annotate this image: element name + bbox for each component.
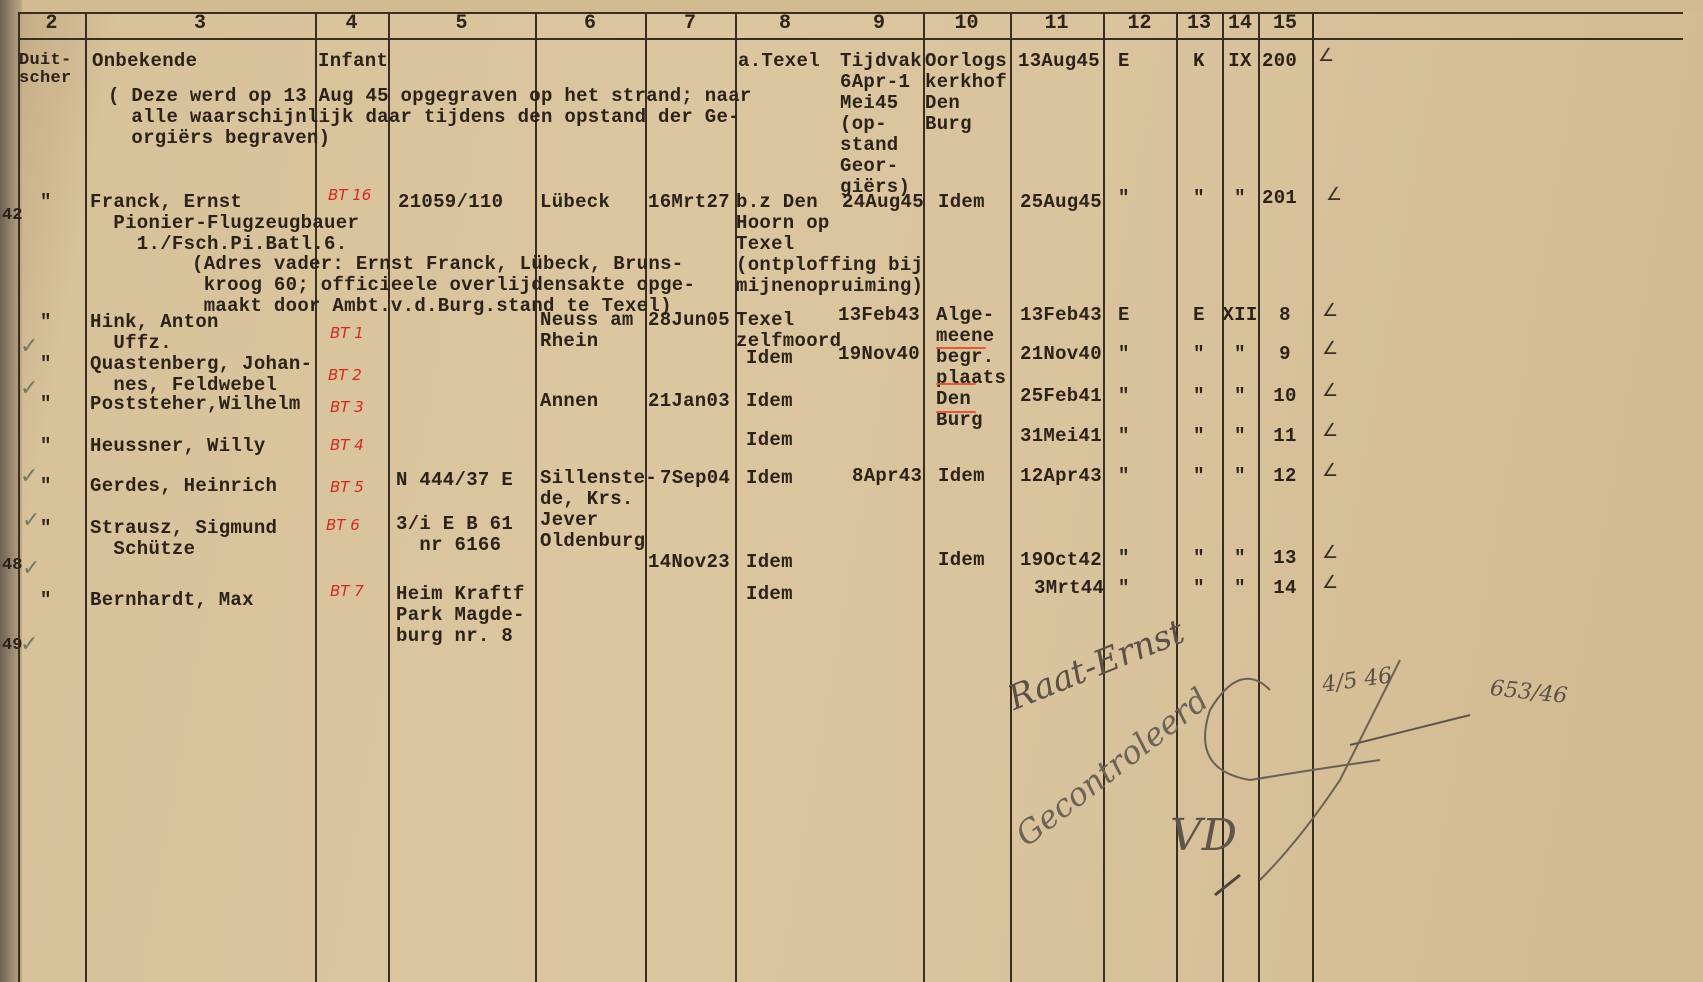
place-of-death: Idem xyxy=(746,391,793,412)
grave-number: 8 xyxy=(1258,305,1312,326)
col13-cell: K xyxy=(1176,51,1222,72)
tick-mark-icon: ∠ xyxy=(1322,420,1338,441)
grave-code: BT 6 xyxy=(326,516,360,534)
column-number: 5 xyxy=(388,12,535,35)
red-underline xyxy=(936,411,976,413)
grave-code: BT 4 xyxy=(330,436,364,454)
id-number: 3/i E B 61 nr 6166 xyxy=(396,514,513,556)
name-cell: Bernhardt, Max xyxy=(90,590,254,611)
nationality-cell: " xyxy=(40,436,52,457)
col-rule xyxy=(315,12,317,982)
birthplace: Neuss am Rhein xyxy=(540,310,634,352)
burial-date: 31Mei41 xyxy=(1020,426,1102,447)
col12-cell: " xyxy=(1118,386,1130,407)
column-number: 2 xyxy=(18,12,85,35)
column-number: 6 xyxy=(535,12,645,35)
col14-cell: " xyxy=(1222,344,1258,365)
grave-code: BT 16 xyxy=(328,186,371,204)
nationality-cell: " xyxy=(40,354,52,375)
name-cell: Quastenberg, Johan- nes, Feldwebel xyxy=(90,354,312,396)
check-mark-icon: ✓ xyxy=(20,632,38,657)
nationality-cell: " xyxy=(40,192,52,213)
date-of-death: 19Nov40 xyxy=(838,344,920,365)
burial-place: Idem xyxy=(938,192,985,213)
column-number: 11 xyxy=(1010,12,1103,35)
column-number: 9 xyxy=(835,12,923,35)
header-bottom-rule xyxy=(18,38,1683,40)
grave-number: 12 xyxy=(1258,466,1312,487)
grave-number: 201 xyxy=(1262,188,1297,209)
burial-date: 13Feb43 xyxy=(1020,305,1102,326)
col13-cell: " xyxy=(1176,188,1222,209)
tick-mark-icon: ∠ xyxy=(1322,460,1338,481)
birthplace: Sillenste- de, Krs. Jever Oldenburg xyxy=(540,468,657,552)
col12-cell: " xyxy=(1118,426,1130,447)
tick-mark-icon: ∠ xyxy=(1322,300,1338,321)
col14-cell: " xyxy=(1222,386,1258,407)
burial-date: 3Mrt44 xyxy=(1034,578,1104,599)
birth-date: 21Jan03 xyxy=(648,391,730,412)
grave-code: BT 7 xyxy=(330,582,364,600)
col13-cell: " xyxy=(1176,548,1222,569)
col14-cell: " xyxy=(1222,188,1258,209)
col14-cell: " xyxy=(1222,426,1258,447)
page-top-edge xyxy=(0,0,1703,12)
col12-cell: " xyxy=(1118,466,1130,487)
name-cell: Hink, Anton Uffz. xyxy=(90,312,219,354)
col14-cell: " xyxy=(1222,548,1258,569)
signature-strokes xyxy=(1100,620,1520,940)
col13-cell: " xyxy=(1176,578,1222,599)
date-of-death: 24Aug45 xyxy=(842,192,924,213)
col13-cell: " xyxy=(1176,466,1222,487)
col-rule xyxy=(535,12,537,982)
place-of-death: Idem xyxy=(746,348,793,369)
nationality-cell: " xyxy=(40,394,52,415)
grave-code: BT 2 xyxy=(328,366,362,384)
col12-cell: " xyxy=(1118,188,1130,209)
col14-cell: " xyxy=(1222,466,1258,487)
birthplace: Annen xyxy=(540,391,599,412)
place-of-death: Idem xyxy=(746,468,793,489)
col12-cell: " xyxy=(1118,578,1130,599)
burial-place: Idem xyxy=(938,550,985,571)
grave-number: 10 xyxy=(1258,386,1312,407)
id-number: N 444/37 E xyxy=(396,470,513,491)
col-rule xyxy=(388,12,390,982)
burial-place: Oorlogs kerkhof Den Burg xyxy=(925,51,1007,135)
birthplace: Lübeck xyxy=(540,192,610,213)
col-rule xyxy=(1010,12,1012,982)
check-mark-icon: ✓ xyxy=(20,334,38,359)
place-of-death: Texel zelfmoord xyxy=(736,310,841,352)
check-mark-icon: ✓ xyxy=(20,464,38,489)
date-of-death: 8Apr43 xyxy=(852,466,922,487)
column-number: 14 xyxy=(1222,12,1258,35)
date-of-death: Tijdvak 6Apr-1 Mei45 (op- stand Geor- gi… xyxy=(840,51,922,198)
tick-mark-icon: ∠ xyxy=(1318,45,1334,66)
birth-date: 16Mrt27 xyxy=(648,192,730,213)
id-number: 21059/110 xyxy=(398,192,503,213)
burial-date: 21Nov40 xyxy=(1020,344,1102,365)
burial-date: 25Feb41 xyxy=(1020,386,1102,407)
grave-number: 11 xyxy=(1258,426,1312,447)
nationality-cell: " xyxy=(40,518,52,539)
col12-cell: " xyxy=(1118,344,1130,365)
nationality-cell: " xyxy=(40,590,52,611)
nationality-cell: " xyxy=(40,312,52,333)
date-of-death: 13Feb43 xyxy=(838,305,920,326)
col13-cell: " xyxy=(1176,386,1222,407)
red-underline xyxy=(936,347,986,349)
grave-number: 14 xyxy=(1258,578,1312,599)
name-cell: Gerdes, Heinrich xyxy=(90,476,277,497)
birth-date: 14Nov23 xyxy=(648,552,730,573)
id-number: Heim Kraftf Park Magde- burg nr. 8 xyxy=(396,584,525,647)
burial-date: 13Aug45 xyxy=(1018,51,1100,72)
nationality-cell: " xyxy=(40,476,52,497)
burial-date: 25Aug45 xyxy=(1020,192,1102,213)
col-rule xyxy=(735,12,737,982)
col13-cell: E xyxy=(1176,305,1222,326)
place-of-death: a.Texel xyxy=(738,51,820,72)
register-sheet: 2 3 4 5 6 7 8 9 10 11 12 13 14 15 42 48 … xyxy=(0,0,1703,982)
birth-date: 7Sep04 xyxy=(660,468,730,489)
column-number: 15 xyxy=(1258,12,1312,35)
place-of-death: Idem xyxy=(746,430,793,451)
column-number: 4 xyxy=(315,12,388,35)
tick-mark-icon: ∠ xyxy=(1322,380,1338,401)
grave-number: 200 xyxy=(1262,51,1297,72)
col13-cell: " xyxy=(1176,344,1222,365)
remark-note: ( Deze werd op 13 Aug 45 opgegraven op h… xyxy=(108,86,752,149)
name-cell: Heussner, Willy xyxy=(90,436,266,457)
check-mark-icon: ✓ xyxy=(22,556,40,581)
margin-number: 48 xyxy=(2,556,22,575)
col12-cell: E xyxy=(1118,51,1130,72)
grave-code: BT 3 xyxy=(330,398,364,416)
col14-cell: " xyxy=(1222,578,1258,599)
burial-date: 19Oct42 xyxy=(1020,550,1102,571)
tick-mark-icon: ∠ xyxy=(1322,542,1338,563)
col14-cell: XII xyxy=(1222,305,1258,326)
tick-mark-icon: ∠ xyxy=(1322,338,1338,359)
name-cell: Onbekende xyxy=(92,51,197,72)
col-rule xyxy=(85,12,87,982)
col-rule xyxy=(923,12,925,982)
margin-number: 42 xyxy=(2,206,22,225)
check-mark-icon: ✓ xyxy=(20,376,38,401)
col13-cell: " xyxy=(1176,426,1222,447)
tick-mark-icon: ∠ xyxy=(1322,572,1338,593)
check-mark-icon: ✓ xyxy=(22,508,40,533)
col-rule xyxy=(18,12,20,982)
name-cell: Strausz, Sigmund Schütze xyxy=(90,518,277,560)
column-number: 10 xyxy=(923,12,1010,35)
col12-cell: E xyxy=(1118,305,1130,326)
column-number: 7 xyxy=(645,12,735,35)
grave-code: BT 5 xyxy=(330,478,364,496)
name-cell: Poststeher,Wilhelm xyxy=(90,394,301,415)
burial-date: 12Apr43 xyxy=(1020,466,1102,487)
col14-cell: IX xyxy=(1222,51,1258,72)
name-cell: Franck, Ernst Pionier-Flugzeugbauer 1./F… xyxy=(90,192,359,255)
grave-number: 13 xyxy=(1258,548,1312,569)
place-of-death: Idem xyxy=(746,584,793,605)
burial-place: Idem xyxy=(938,466,985,487)
red-underline xyxy=(936,383,976,385)
grave-code: BT 1 xyxy=(330,324,364,342)
nationality-cell: Duit- scher xyxy=(19,52,72,88)
column-number: 13 xyxy=(1176,12,1222,35)
grave-number: 9 xyxy=(1258,344,1312,365)
column-number: 8 xyxy=(735,12,835,35)
rank-cell: Infant xyxy=(318,51,388,72)
col12-cell: " xyxy=(1118,548,1130,569)
remark-note: (Adres vader: Ernst Franck, Lübeck, Brun… xyxy=(192,254,695,317)
column-number: 12 xyxy=(1103,12,1176,35)
column-number: 3 xyxy=(85,12,315,35)
tick-mark-icon: ∠ xyxy=(1326,184,1342,205)
birth-date: 28Jun05 xyxy=(648,310,730,331)
place-of-death: Idem xyxy=(746,552,793,573)
